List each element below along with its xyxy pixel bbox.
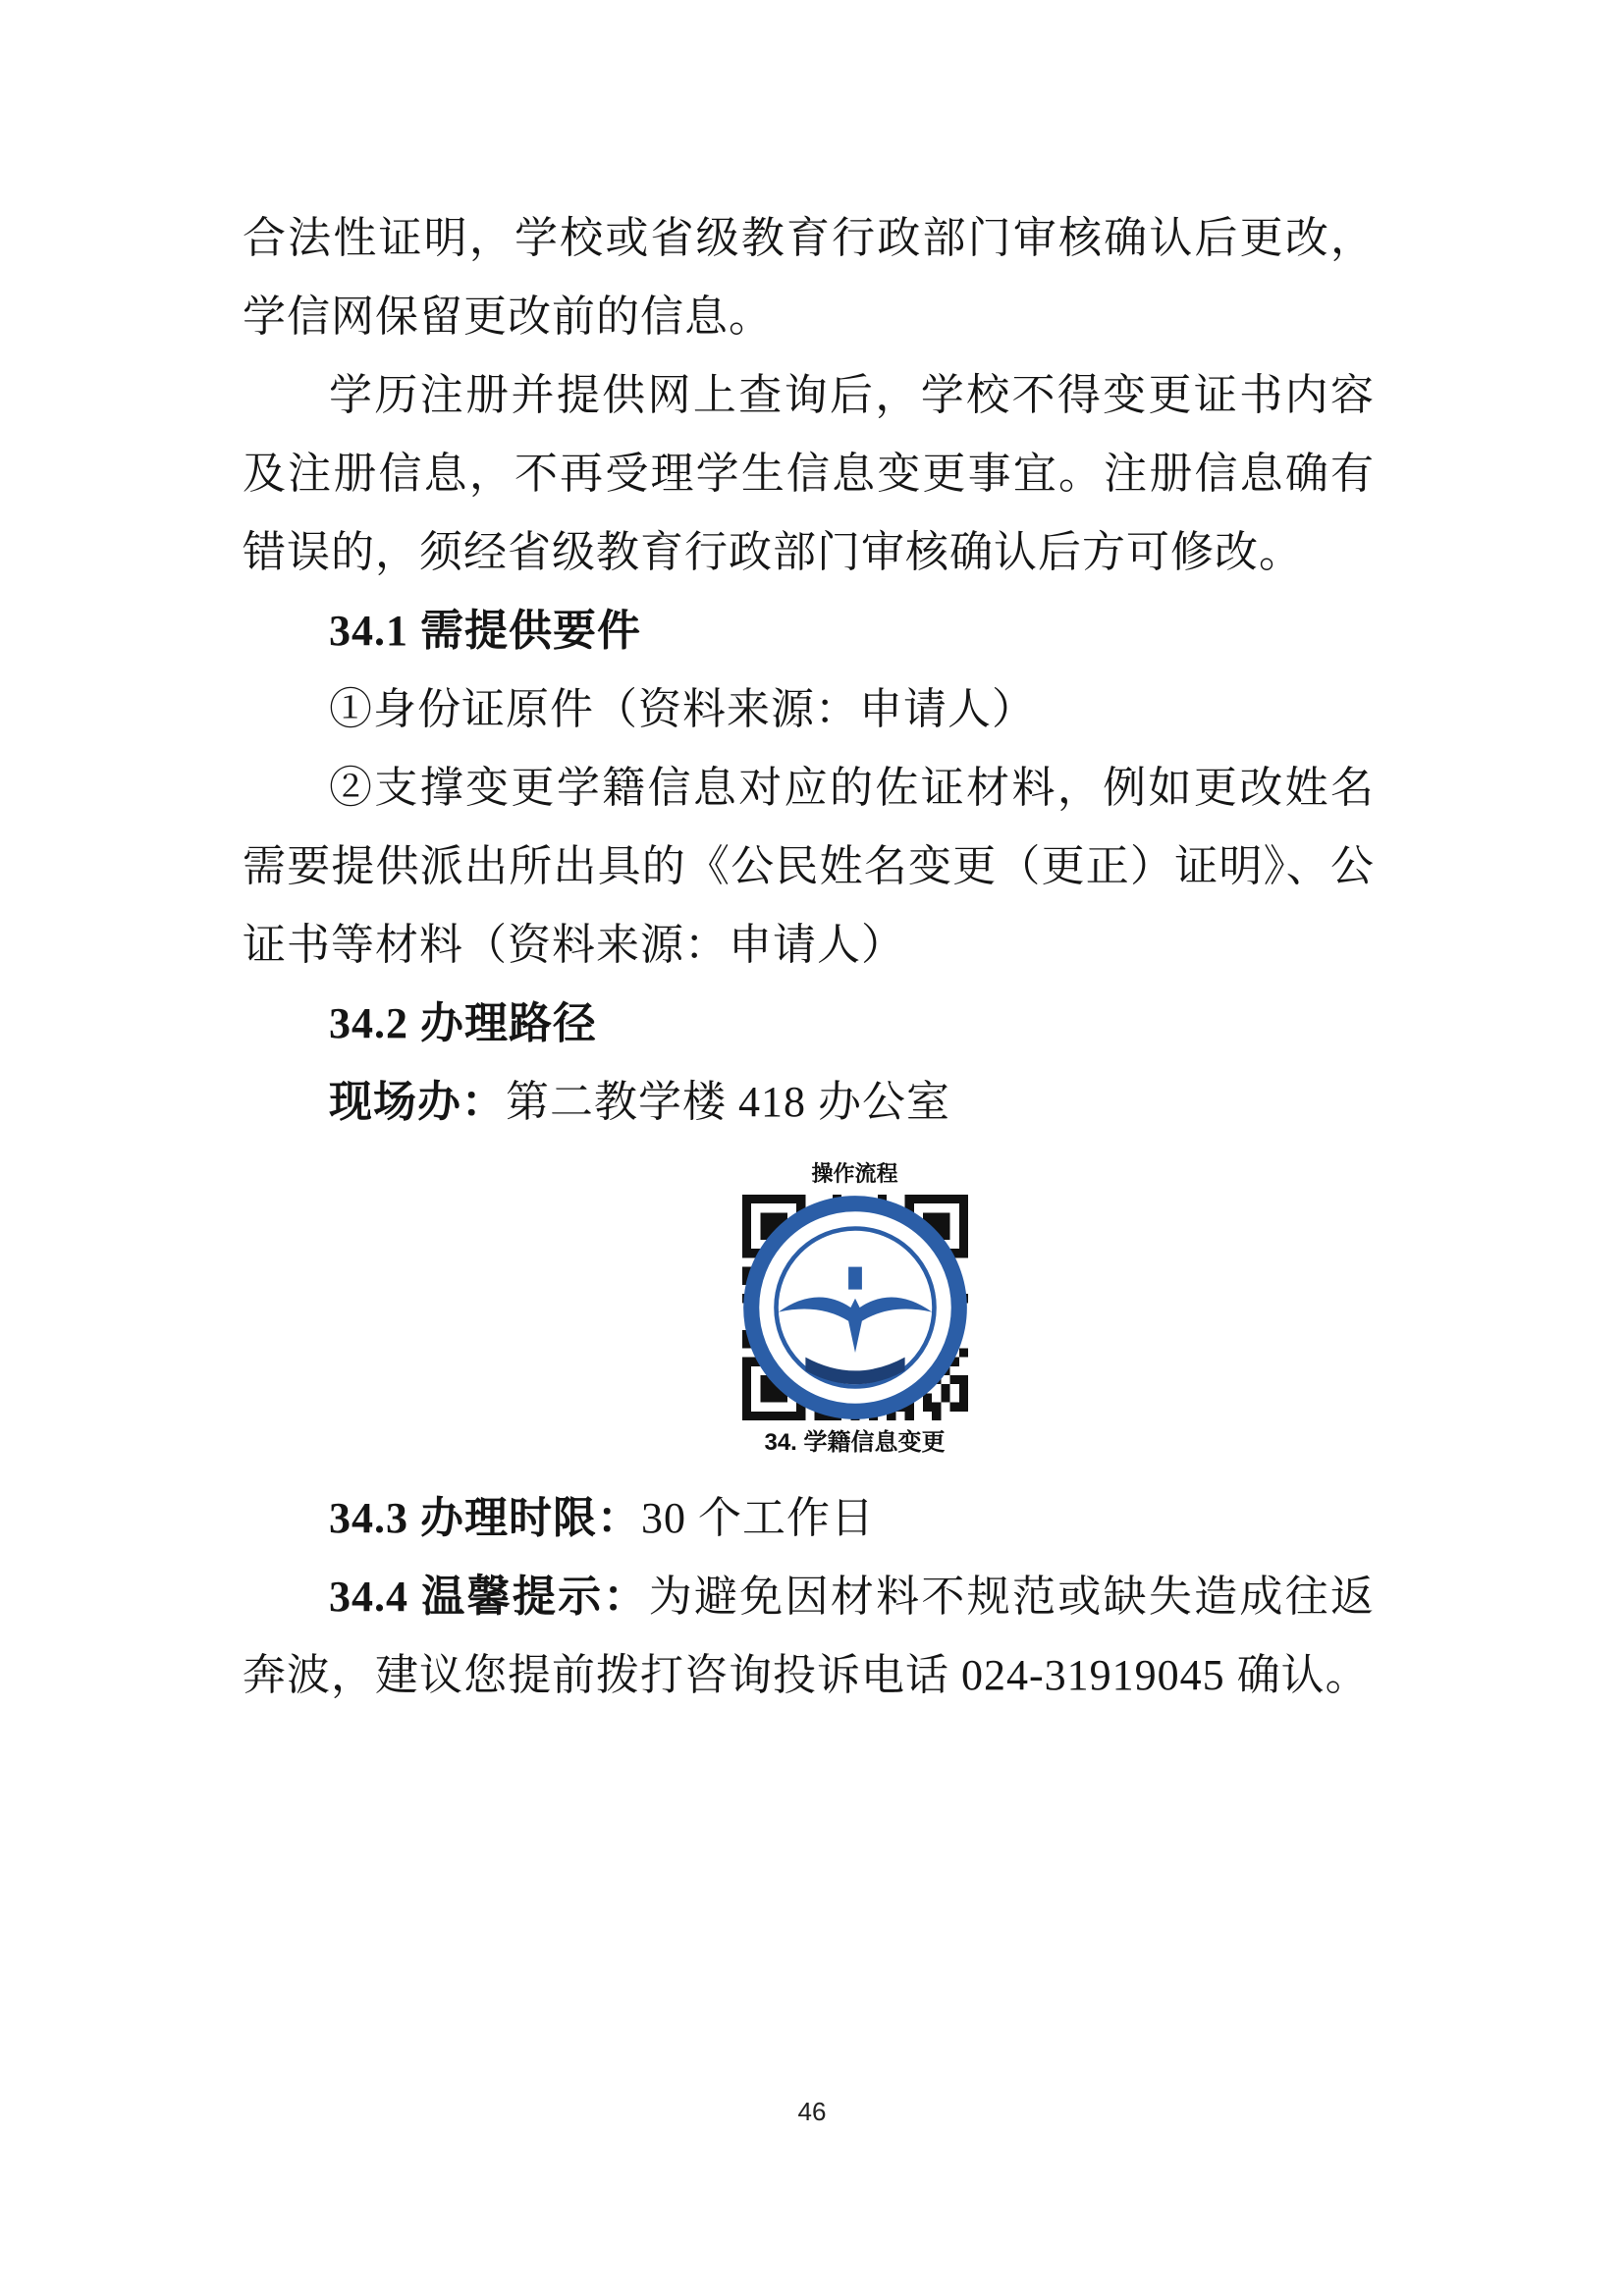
- page-number: 46: [0, 2097, 1624, 2127]
- qr-figure: 操作流程 34. 学籍信息变更: [289, 1159, 1421, 1458]
- section-34-2-heading: 34.2 办理路径: [243, 985, 1375, 1063]
- section-34-2-channel: 现场办：第二教学楼 418 办公室: [243, 1063, 1375, 1142]
- document-page: 合法性证明，学校或省级教育行政部门审核确认后更改，学信网保留更改前的信息。 学历…: [0, 0, 1624, 2296]
- channel-label: 现场办：: [329, 1078, 506, 1126]
- section-34-3-heading: 34.3 办理时限：: [329, 1494, 641, 1542]
- section-34-3-line: 34.3 办理时限：30 个工作日: [243, 1479, 1375, 1558]
- qr-caption: 34. 学籍信息变更: [764, 1428, 945, 1458]
- section-34-4-heading: 34.4 温馨提示：: [329, 1573, 649, 1621]
- paragraph-continuation: 合法性证明，学校或省级教育行政部门审核确认后更改，学信网保留更改前的信息。: [243, 199, 1375, 356]
- channel-value: 第二教学楼 418 办公室: [506, 1078, 950, 1126]
- section-34-4-line: 34.4 温馨提示：为避免因材料不规范或缺失造成往返奔波，建议您提前拨打咨询投诉…: [243, 1558, 1375, 1715]
- paragraph-registration-rules: 学历注册并提供网上查询后，学校不得变更证书内容及注册信息，不再受理学生信息变更事…: [243, 356, 1375, 592]
- section-34-1-heading: 34.1 需提供要件: [243, 592, 1375, 670]
- document-content: 合法性证明，学校或省级教育行政部门审核确认后更改，学信网保留更改前的信息。 学历…: [243, 199, 1375, 1715]
- qr-code: [742, 1195, 968, 1420]
- section-34-1-item-1: ①身份证原件（资料来源：申请人）: [243, 670, 1375, 749]
- qr-title: 操作流程: [811, 1159, 897, 1189]
- section-34-1-item-2: ②支撑变更学籍信息对应的佐证材料，例如更改姓名需要提供派出所出具的《公民姓名变更…: [243, 749, 1375, 985]
- section-34-3-value: 30 个工作日: [641, 1494, 875, 1542]
- university-seal-logo: [742, 1195, 968, 1420]
